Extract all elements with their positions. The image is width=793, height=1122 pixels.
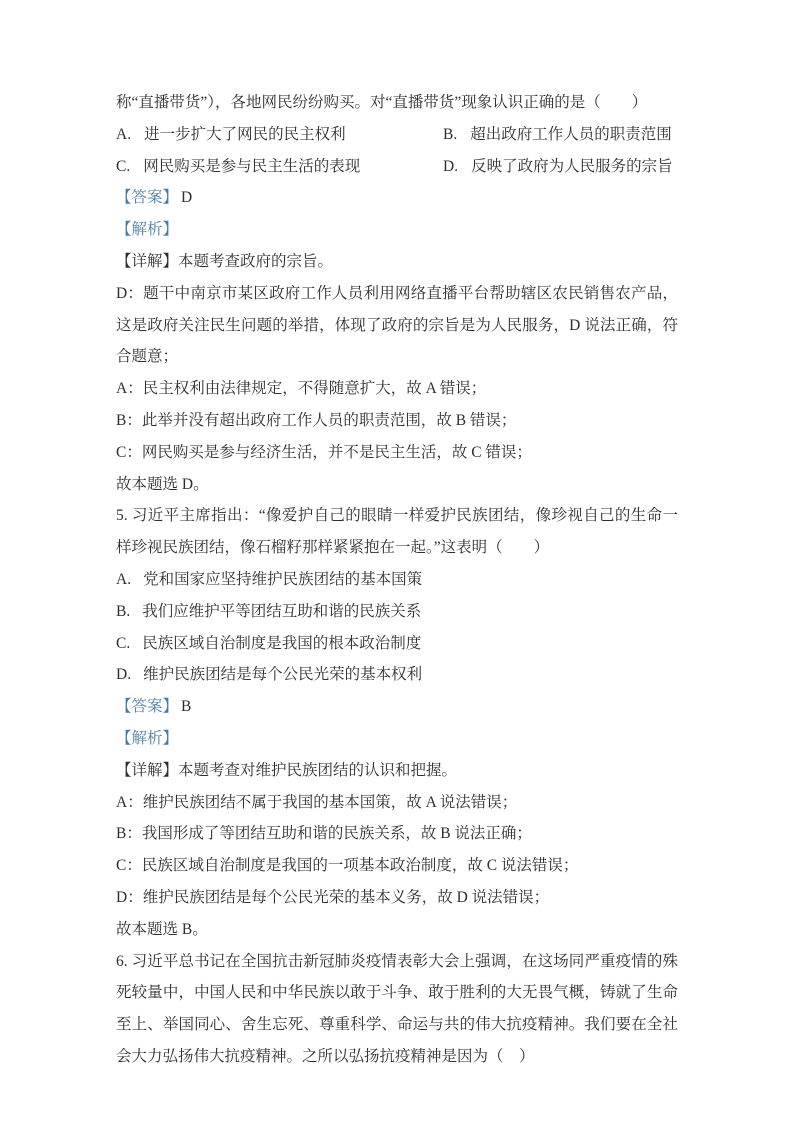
q5-explanation-a: A：维护民族团结不属于我国的基本国策，故 A 说法错误； (116, 787, 678, 819)
q4-conclusion: 故本题选 D。 (116, 469, 678, 501)
q5-answer-line: 【答案】B (116, 691, 678, 723)
q5-option-a: A.党和国家应坚持维护民族团结的基本国策 (116, 564, 678, 596)
q5-detail-line: 【详解】本题考查对维护民族团结的认识和把握。 (116, 755, 678, 787)
q4-option-a-text: 进一步扩大了网民的民主权利 (144, 126, 346, 143)
q4-option-d-text: 反映了政府为人民服务的宗旨 (471, 158, 673, 175)
document-page: 称“直播带货”），各地网民纷纷购买。对“直播带货”现象认识正确的是（ ） A.进… (0, 0, 793, 1122)
q5-explanation-c: C：民族区域自治制度是我国的一项基本政治制度，故 C 说法错误； (116, 850, 678, 882)
q4-detail-line: 【详解】本题考查政府的宗旨。 (116, 246, 678, 278)
q4-explanation-c: C：网民购买是参与经济生活，并不是民主生活，故 C 错误； (116, 437, 678, 469)
q5-conclusion: 故本题选 B。 (116, 914, 678, 946)
q5-option-d: D.维护民族团结是每个公民光荣的基本权利 (116, 659, 678, 691)
q4-option-c-label: C. (116, 158, 130, 175)
q5-option-d-label: D. (116, 666, 131, 683)
q5-option-b-label: B. (116, 603, 130, 620)
q5-option-c-label: C. (116, 635, 130, 652)
q4-options-row-1: A.进一步扩大了网民的民主权利 B.超出政府工作人员的职责范围 (116, 119, 678, 151)
q5-explanation-d: D：维护民族团结是每个公民光荣的基本义务，故 D 说法错误； (116, 882, 678, 914)
q5-analysis-line: 【解析】 (116, 723, 678, 755)
q5-option-c: C.民族区域自治制度是我国的根本政治制度 (116, 628, 678, 660)
q4-answer-value: D (181, 189, 192, 206)
q5-option-c-text: 民族区域自治制度是我国的根本政治制度 (142, 635, 421, 652)
q4-detail-tag: 【详解】 (116, 253, 178, 270)
q5-answer-tag: 【答案】 (116, 698, 178, 715)
question-4-block: 称“直播带货”），各地网民纷纷购买。对“直播带货”现象认识正确的是（ ） A.进… (116, 87, 678, 500)
q4-detail-text: 本题考查政府的宗旨。 (178, 253, 333, 270)
q4-answer-tag: 【答案】 (116, 189, 178, 206)
q5-option-d-text: 维护民族团结是每个公民光荣的基本权利 (143, 666, 422, 683)
q5-option-a-label: A. (116, 571, 131, 588)
q4-option-c-text: 网民购买是参与民主生活的表现 (143, 158, 360, 175)
q5-explanation-b: B：我国形成了等团结互助和谐的民族关系，故 B 说法正确； (116, 818, 678, 850)
question-5-block: 5. 习近平主席指出：“像爱护自己的眼睛一样爱护民族团结，像珍视自己的生命一样珍… (116, 500, 678, 945)
q5-option-a-text: 党和国家应坚持维护民族团结的基本国策 (143, 571, 422, 588)
q4-option-b: B.超出政府工作人员的职责范围 (443, 119, 672, 151)
q4-analysis-line: 【解析】 (116, 214, 678, 246)
q4-explanation-a: A：民主权利由法律规定，不得随意扩大，故 A 错误； (116, 373, 678, 405)
q4-explanation-d: D：题干中南京市某区政府工作人员利用网络直播平台帮助辖区农民销售农产品，这是政府… (116, 278, 678, 373)
q5-detail-text: 本题考查对维护民族团结的认识和把握。 (178, 762, 457, 779)
q4-options-row-2: C.网民购买是参与民主生活的表现 D.反映了政府为人民服务的宗旨 (116, 151, 678, 183)
q4-option-a: A.进一步扩大了网民的民主权利 (116, 119, 443, 151)
q5-analysis-tag: 【解析】 (116, 730, 178, 747)
q4-option-c: C.网民购买是参与民主生活的表现 (116, 151, 443, 183)
q5-detail-tag: 【详解】 (116, 762, 178, 779)
q4-answer-line: 【答案】D (116, 182, 678, 214)
q4-explanation-b: B：此举并没有超出政府工作人员的职责范围，故 B 错误； (116, 405, 678, 437)
q4-option-b-text: 超出政府工作人员的职责范围 (470, 126, 672, 143)
q5-option-b: B.我们应维护平等团结互助和谐的民族关系 (116, 596, 678, 628)
q4-stem: 称“直播带货”），各地网民纷纷购买。对“直播带货”现象认识正确的是（ ） (116, 87, 678, 119)
q4-option-b-label: B. (443, 126, 457, 143)
q4-analysis-tag: 【解析】 (116, 221, 178, 238)
q6-stem: 6. 习近平总书记在全国抗击新冠肺炎疫情表彰大会上强调，在这场同严重疫情的殊死较… (116, 946, 678, 1073)
q4-option-d: D.反映了政府为人民服务的宗旨 (443, 151, 673, 183)
q5-option-b-text: 我们应维护平等团结互助和谐的民族关系 (142, 603, 421, 620)
q5-stem: 5. 习近平主席指出：“像爱护自己的眼睛一样爱护民族团结，像珍视自己的生命一样珍… (116, 500, 678, 564)
q4-option-a-label: A. (116, 126, 131, 143)
q5-answer-value: B (181, 698, 191, 715)
question-6-block: 6. 习近平总书记在全国抗击新冠肺炎疫情表彰大会上强调，在这场同严重疫情的殊死较… (116, 946, 678, 1073)
q4-option-d-label: D. (443, 158, 458, 175)
